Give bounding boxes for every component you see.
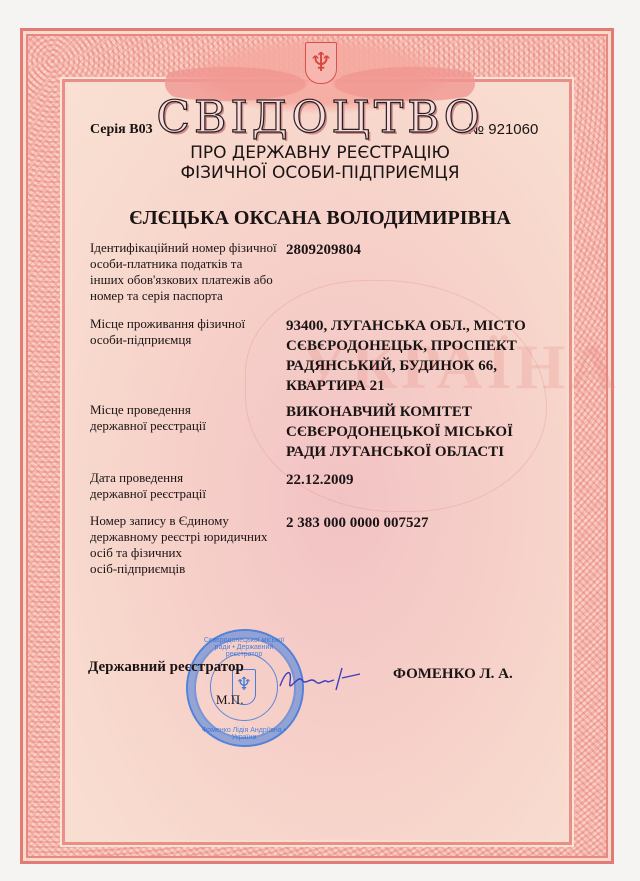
field-value: 22.12.2009: [286, 470, 556, 502]
holder-name: ЄЛЄЦЬКА ОКСАНА ВОЛОДИМИРІВНА: [0, 207, 640, 230]
field-value: 2 383 000 0000 007527: [286, 513, 556, 577]
field-label: Ідентифікаційний номер фізичної особи-пл…: [90, 240, 286, 304]
field-registry-record: Номер запису в Єдиному державному реєстр…: [90, 513, 560, 577]
field-label: Місце проведення державної реєстрації: [90, 402, 286, 462]
field-label: Номер запису в Єдиному державному реєстр…: [90, 513, 286, 577]
field-label: Місце проживання фізичної особи-підприєм…: [90, 316, 286, 396]
field-residence: Місце проживання фізичної особи-підприєм…: [90, 316, 560, 396]
field-registration-date: Дата проведення державної реєстрації 22.…: [90, 470, 560, 502]
seal-place-label: М.П.: [216, 692, 243, 708]
trident-icon: ♆: [305, 42, 337, 84]
field-value: 93400, ЛУГАНСЬКА ОБЛ., МІСТО СЄВЄРОДОНЕЦ…: [286, 316, 556, 396]
signature: [272, 660, 362, 700]
field-registration-place: Місце проведення державної реєстрації ВИ…: [90, 402, 560, 462]
document-title: СВІДОЦТВО: [0, 92, 640, 143]
registrar-label: Державний реєстратор: [88, 659, 244, 676]
subtitle-line-2: ФІЗИЧНОЇ ОСОБИ-ПІДПРИЄМЦЯ: [0, 163, 640, 183]
stamp-bottom-text: Фоменко Лідія Андріївна • Україна: [196, 727, 292, 741]
field-tax-id: Ідентифікаційний номер фізичної особи-пл…: [90, 240, 560, 304]
registrar-name: ФОМЕНКО Л. А.: [393, 666, 513, 683]
subtitle-line-1: ПРО ДЕРЖАВНУ РЕЄСТРАЦІЮ: [0, 143, 640, 163]
field-value: 2809209804: [286, 240, 556, 304]
field-label: Дата проведення державної реєстрації: [90, 470, 286, 502]
field-value: ВИКОНАВЧИЙ КОМІТЕТ СЄВЄРОДОНЕЦЬКОЇ МІСЬК…: [286, 402, 556, 462]
